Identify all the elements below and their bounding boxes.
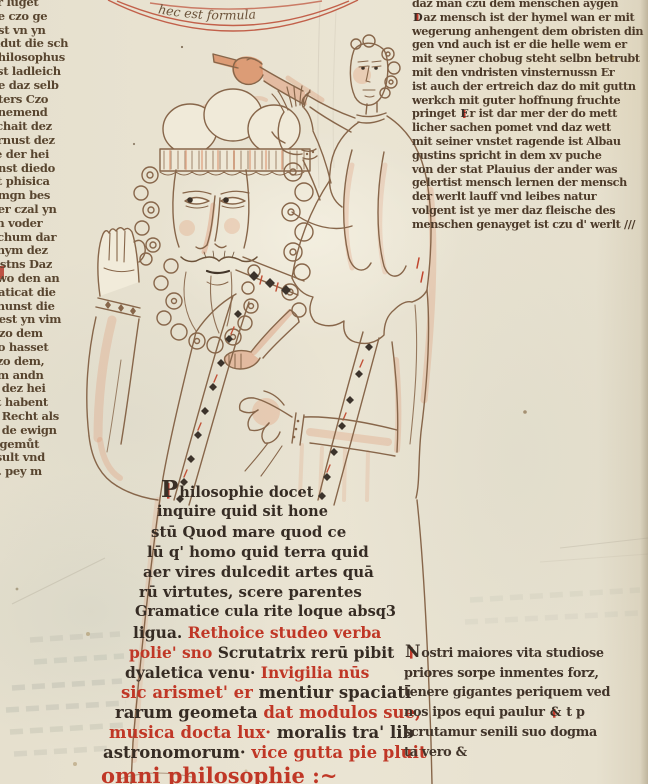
oval-ornament: hec est formula — [108, 0, 358, 31]
text-segment: stū Quod mare quod ce — [151, 523, 346, 541]
text-segment: werkch mit guter hoffnung fruchte — [412, 93, 620, 107]
text-segment: te der hei — [0, 147, 49, 161]
text-line: yn voder — [0, 217, 112, 231]
text-segment: ta vero & — [404, 745, 467, 760]
text-line: mit seiner vnstet ragende ist Albau — [412, 135, 648, 149]
text-line: st habent — [0, 396, 112, 410]
text-segment: rarum geometa — [115, 703, 263, 722]
text-line: mit den vndristen vinsternussn Er — [412, 66, 648, 80]
text-line: te der hei — [0, 148, 112, 162]
text-line: wegerung anhengent dem obristen din — [412, 25, 648, 39]
text-segment: dat modulos sue, — [263, 703, 420, 722]
text-segment: dnemend — [0, 105, 48, 119]
text-segment: yn voder — [0, 216, 42, 230]
bottom-latin-block: Nostri maiores vita studiosepriores sorp… — [404, 643, 648, 762]
text-segment: tenere gigantes periquem ved — [404, 685, 610, 700]
text-line: mit seyner chobug steht selbn betrubt — [412, 52, 648, 66]
text-segment: nst vn yn — [0, 23, 46, 37]
text-segment: dmgn bes — [0, 188, 50, 202]
text-line: tenere gigantes periquem ved — [404, 683, 648, 703]
text-line: Gramatice cula rite loque absq3 — [96, 603, 436, 623]
text-segment: philosophus — [0, 50, 65, 64]
text-line: omni philosophie :~ — [96, 763, 436, 783]
text-line: ligua. Rethoice studeo verba — [96, 623, 436, 643]
text-line: volgent ist ye mer daz fleische des — [412, 204, 648, 218]
text-segment: omni philosophie :~ — [101, 763, 337, 784]
text-line: r gemůt — [0, 438, 112, 452]
text-line: rū virtutes, scere parentes — [96, 583, 436, 603]
text-segment: priores sorpe inmentes forz, — [404, 666, 599, 681]
text-line: nst vn yn — [0, 24, 112, 38]
text-segment: de czo ge — [0, 9, 47, 23]
text-line: chym dez — [0, 244, 112, 258]
text-segment: musica docta lux· — [109, 723, 277, 742]
text-line: von der stat Plauius der ander was — [412, 163, 648, 177]
text-line: em andn — [0, 369, 112, 383]
giant-collar-band — [236, 257, 304, 295]
text-line: et phisica — [0, 175, 112, 189]
text-line: n de ewign — [0, 424, 112, 438]
text-segment: achum dar — [0, 230, 56, 244]
text-line: nos ipos equi paulur & t p — [404, 703, 648, 723]
text-line: h Recht als — [0, 410, 112, 424]
text-segment: polie' sno — [129, 643, 218, 662]
text-segment: n de ewign — [0, 423, 57, 437]
text-segment: N — [404, 642, 421, 662]
text-segment: ostri maiores vita studiose — [421, 646, 603, 661]
text-line: Daz mensch ist der hymel wan er mit — [412, 11, 648, 25]
text-segment: n dez hei — [0, 381, 46, 395]
text-line: stū Quod mare quod ce — [96, 523, 436, 543]
text-segment: do hasset — [0, 340, 48, 354]
german-text-block: daz man czu dem menschen aygenDaz mensch… — [412, 0, 648, 232]
giant-sash-right — [318, 332, 379, 505]
text-segment: astronomorum· — [103, 743, 251, 762]
text-line: Czo dem — [0, 327, 112, 341]
text-line: achum dar — [0, 231, 112, 245]
text-segment: ligua. — [133, 623, 188, 642]
text-segment: & — [549, 705, 562, 720]
text-segment: Scrutatrix rerū pibit — [218, 643, 395, 662]
text-line: czo dem, — [0, 355, 112, 369]
text-line: pringet Er ist dar mer der do mett — [412, 107, 648, 121]
text-line: menschen genayget ist czu d' werlt /// — [412, 218, 648, 232]
text-segment: er lůget — [0, 0, 38, 9]
text-line: werkch mit guter hoffnung fruchte — [412, 94, 648, 108]
text-line: unst diedo — [0, 162, 112, 176]
text-segment: gelertist mensch lernen der mensch — [412, 175, 627, 189]
text-line: Nostri maiores vita studiose — [404, 643, 648, 664]
text-segment: vice gutta pie pluit — [251, 743, 426, 762]
text-line: scrutamur senili suo dogma — [404, 723, 648, 743]
text-segment: r gemůt — [0, 437, 39, 451]
text-line: lū q' homo quid terra quid — [96, 543, 436, 563]
text-line: musica docta lux· moralis tra' lib — [96, 723, 436, 743]
text-segment: naticat die — [0, 285, 56, 299]
text-segment: D — [412, 10, 423, 24]
text-segment: aer vires dulcedit artes quā — [143, 563, 374, 581]
text-segment: dyaletica venu· — [125, 663, 261, 682]
text-line: z stns Daz — [0, 258, 112, 272]
text-segment: chunst die — [0, 299, 55, 313]
text-segment: P — [160, 476, 179, 503]
text-segment: Czo dem — [0, 326, 43, 340]
text-line: inquire quid sit hone — [96, 503, 436, 523]
giant-cheek-wash-left — [179, 220, 195, 236]
text-segment: mit seiner vnstet ragende ist Albau — [412, 134, 621, 148]
text-segment: ist auch der ertreich daz do mit guttn — [412, 79, 636, 93]
text-segment: Gramatice cula rite loque absq3 — [135, 603, 396, 620]
text-line: gelertist mensch lernen der mensch — [412, 176, 648, 190]
text-segment: em andn — [0, 368, 44, 382]
text-line: polie' sno Scrutatrix rerū pibit — [96, 643, 436, 663]
text-segment: Rethoice studeo verba — [188, 623, 382, 642]
text-line: sic arismet' er mentiur spaciatī — [96, 683, 436, 703]
text-line: ta vero & — [404, 743, 648, 763]
text-line: licher sachen pomet vnd daz wett — [412, 121, 648, 135]
text-segment: daz man czu dem menschen aygen — [412, 0, 618, 10]
text-segment: Invigilia nūs — [261, 663, 370, 682]
text-line: ernust dez — [0, 134, 112, 148]
text-segment: nos ipos equi paulur — [404, 705, 549, 720]
text-segment: t est yn vim — [0, 312, 61, 326]
text-segment: der czal yn — [0, 202, 57, 216]
text-segment: von der stat Plauius der ander was — [412, 162, 617, 176]
text-segment: licher sachen pomet vnd daz wett — [412, 120, 611, 134]
text-segment: gustins spricht in dem xv puche — [412, 148, 601, 162]
text-segment: wegerung anhengent dem obristen din — [412, 24, 643, 38]
text-segment: czo dem, — [0, 354, 44, 368]
text-line: Philosophie docet — [96, 483, 436, 503]
text-segment: inquire quid sit hone — [157, 503, 328, 520]
text-line: est ladleich — [0, 65, 112, 79]
text-segment: sic arismet' er — [121, 683, 259, 702]
text-line: rsult vnd — [0, 451, 112, 465]
text-line: sidut die sch — [0, 37, 112, 51]
text-segment: ne daz selb — [0, 78, 59, 92]
text-segment: schait dez — [0, 119, 52, 133]
text-line: der czal yn — [0, 203, 112, 217]
text-line: do hasset — [0, 341, 112, 355]
giant-cheek-wash-right — [224, 218, 240, 234]
text-line: de czo ge — [0, 10, 112, 24]
text-line: gustins spricht in dem xv puche — [412, 149, 648, 163]
text-segment: g. pey m — [0, 464, 42, 478]
robe-latin-text: Philosophie docetinquire quid sit honest… — [96, 483, 436, 783]
text-segment: mentiur spaciatī — [259, 683, 412, 702]
text-segment: moralis tra' lib — [277, 723, 414, 742]
text-line: schait dez — [0, 120, 112, 134]
text-segment: unst diedo — [0, 161, 55, 175]
text-line: g. pey m — [0, 465, 112, 479]
text-line: ne daz selb — [0, 79, 112, 93]
text-line: n dez hei — [0, 382, 112, 396]
text-line: aer vires dulcedit artes quā — [96, 563, 436, 583]
text-line: gen vnd auch ist er die helle wem er — [412, 38, 648, 52]
text-line: dmgn bes — [0, 189, 112, 203]
text-segment: rsult vnd — [0, 450, 45, 464]
text-line: priores sorpe inmentes forz, — [404, 664, 648, 684]
text-segment: E — [459, 106, 469, 120]
text-segment: rū virtutes, scere parentes — [139, 583, 362, 601]
text-segment: wo den an — [0, 271, 59, 285]
text-segment: hilosophie docet — [179, 484, 313, 501]
text-segment: sidut die sch — [0, 36, 68, 50]
text-line: philosophus — [0, 51, 112, 65]
text-segment: mit seyner chobug steht selbn betrubt — [412, 51, 640, 65]
text-line: dyaletica venu· Invigilia nūs — [96, 663, 436, 683]
text-segment: h Recht als — [0, 409, 59, 423]
text-segment: gen vnd auch ist er die helle wem er — [412, 37, 627, 51]
text-segment: et phisica — [0, 174, 50, 188]
text-segment: chym dez — [0, 243, 48, 257]
text-line: naticat die — [0, 286, 112, 300]
text-segment: pringet — [412, 106, 459, 120]
text-segment: ernust dez — [0, 133, 55, 147]
text-segment: lū q' homo quid terra quid — [147, 543, 369, 561]
text-line: uters Czo — [0, 93, 112, 107]
text-segment: menschen genayget ist czu d' werlt /// — [412, 217, 635, 231]
text-segment: t p — [562, 705, 585, 720]
text-segment: est ladleich — [0, 64, 61, 78]
text-line: der werlt lauff vnd leibes natur — [412, 190, 648, 204]
text-segment: st habent — [0, 395, 48, 409]
text-line: t est yn vim — [0, 313, 112, 327]
text-segment: az mensch ist der hymel wan er mit — [423, 10, 634, 24]
text-segment: scrutamur senili suo dogma — [404, 725, 597, 740]
manuscript-page: hec est formula — [0, 0, 648, 784]
text-segment: z stns Daz — [0, 257, 52, 271]
text-line: rarum geometa dat modulos sue, — [96, 703, 436, 723]
text-segment: uters Czo — [0, 92, 48, 106]
giant-crown — [160, 89, 310, 175]
text-segment: r ist dar mer der do mett — [470, 106, 617, 120]
text-segment: mit den vndristen vinsternussn Er — [412, 65, 614, 79]
text-line: chunst die — [0, 300, 112, 314]
left-margin-text-column: er lůgetde czo genst vn ynsidut die schp… — [0, 0, 112, 479]
text-line: astronomorum· vice gutta pie pluit — [96, 743, 436, 763]
text-line: ¶wo den an — [0, 272, 112, 286]
text-segment: volgent ist ye mer daz fleische des — [412, 203, 615, 217]
text-line: dnemend — [0, 106, 112, 120]
text-segment: der werlt lauff vnd leibes natur — [412, 189, 596, 203]
text-line: ist auch der ertreich daz do mit guttn — [412, 80, 648, 94]
